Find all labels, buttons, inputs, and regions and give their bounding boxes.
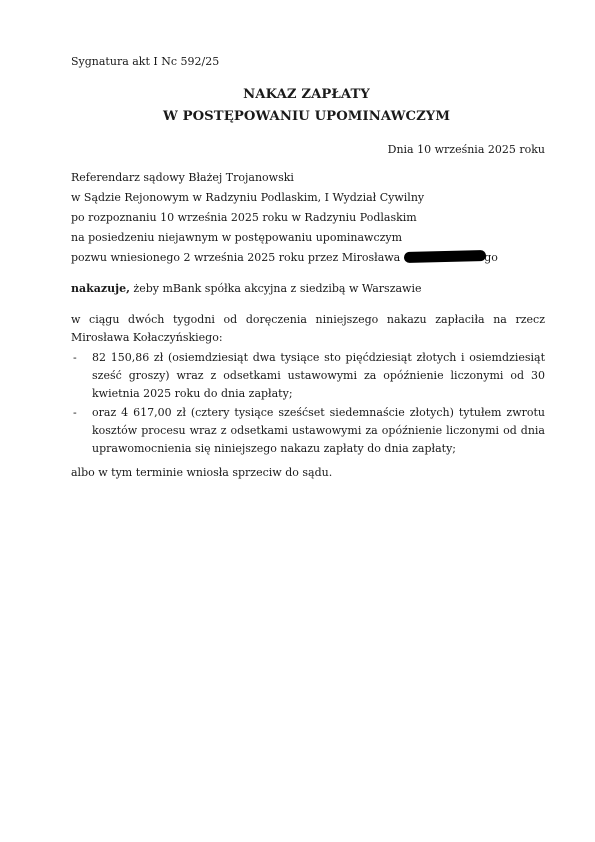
- list-item-text: oraz 4 617,00 zł (cztery tysiące sześćse…: [92, 404, 545, 459]
- bullet-dash: -: [73, 404, 77, 422]
- claim-text-tail: go: [484, 251, 498, 264]
- redaction-mark: [404, 250, 486, 263]
- intro-line-examination: po rozpoznaniu 10 września 2025 roku w R…: [71, 211, 417, 225]
- order-keyword: nakazuje,: [71, 282, 130, 295]
- intro-line-claim: pozwu wniesionego 2 września 2025 roku p…: [71, 251, 498, 265]
- intro-line-clerk: Referendarz sądowy Błażej Trojanowski: [71, 171, 294, 185]
- claim-text: pozwu wniesionego 2 września 2025 roku p…: [71, 251, 400, 264]
- document-page: Sygnatura akt I Nc 592/25 NAKAZ ZAPŁATY …: [0, 0, 595, 842]
- issue-date: Dnia 10 września 2025 roku: [388, 143, 545, 157]
- intro-line-court: w Sądzie Rejonowym w Radzyniu Podlaskim,…: [71, 191, 424, 205]
- document-title: NAKAZ ZAPŁATY: [0, 88, 595, 102]
- document-subtitle: W POSTĘPOWANIU UPOMINAWCZYM: [0, 110, 595, 124]
- intro-line-session: na posiedzeniu niejawnym w postępowaniu …: [71, 231, 402, 245]
- closing-statement: albo w tym terminie wniosła sprzeciw do …: [71, 466, 332, 480]
- list-item-text: 82 150,86 zł (osiemdziesiąt dwa tysiące …: [92, 349, 545, 404]
- bullet-dash: -: [73, 349, 77, 367]
- case-signature: Sygnatura akt I Nc 592/25: [71, 55, 219, 69]
- payment-paragraph: w ciągu dwóch tygodni od doręczenia nini…: [71, 311, 545, 347]
- order-text: żeby mBank spółka akcyjna z siedzibą w W…: [130, 282, 422, 295]
- order-statement: nakazuje, żeby mBank spółka akcyjna z si…: [71, 282, 422, 296]
